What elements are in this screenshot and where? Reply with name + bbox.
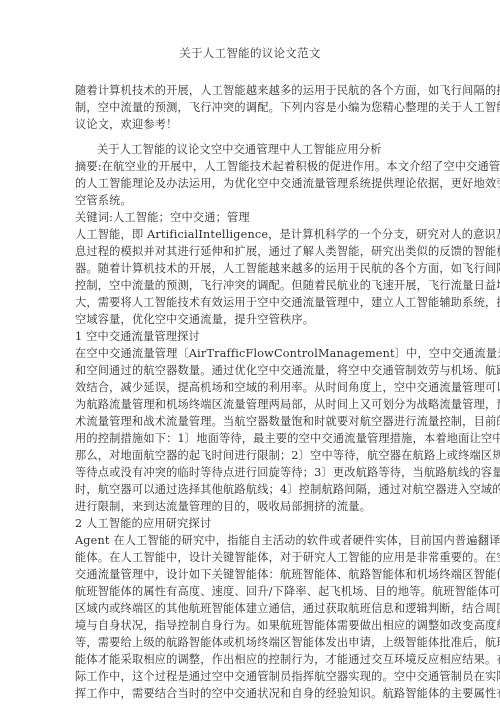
text-line: 议论文，欢迎参考！: [75, 116, 427, 133]
document-page: 关于人工智能的议论文范文 随着计算机技术的开展，人工智能越来越多的运用于民航的各…: [0, 0, 500, 707]
article-title: 关于人工智能的议论文空中交通管理中人工智能应用分析: [75, 141, 427, 158]
keywords-line: 关键词:人工智能；空中交通；管理: [75, 209, 427, 226]
section-heading-2: 2 人工智能的应用研究探讨: [75, 515, 427, 532]
text-line: 际工作中，这个过程是通过空中交通管制员指挥航空器实现的。空中交通管制员在实际指: [75, 668, 427, 685]
abstract-line: 的人工智能理论及办法运用，为优化空中交通流量管理系统提供理论依据，更好地效劳于: [75, 175, 427, 192]
text-line: Agent 在人工智能的研究中，指能自主活动的软件或者硬件实体，目前国内普遍翻译…: [75, 532, 427, 549]
text-line: 空域容量，优化空中交通流量，提升空管秩序。: [75, 311, 427, 328]
text-line: 那么，对地面航空器的起飞时间进行限制；2〕空中等待，航空器在航路上或终端区规定的: [75, 447, 427, 464]
text-line: 随着计算机技术的开展，人工智能越来越多的运用于民航的各个方面，如飞行间隔的控: [75, 82, 427, 99]
article-body: 关于人工智能的议论文空中交通管理中人工智能应用分析 摘要:在航空业的开展中，人工…: [75, 141, 427, 702]
text-line: 息过程的模拟并对其进行延伸和扩展，通过了解人类智能，研究出类似的反馈的智能机: [75, 243, 427, 260]
text-line: 能体。在人工智能中，设计关键智能体，对于研究人工智能的应用是非常重要的。在空中: [75, 549, 427, 566]
text-line: 效结合，减少延误，提高机场和空域的利用率。从时间角度上，空中交通流量管理可以分: [75, 379, 427, 396]
text-line: 交通流量管理中，设计如下关键智能体：航班智能体、航路智能体和机场终端区智能体。: [75, 566, 427, 583]
text-line: 控制，空中流量的预测，飞行冲突的调配。但随着民航业的飞速开展，飞行流量日益增: [75, 277, 427, 294]
text-line: 航班智能体的属性有高度、速度、回升/下降率、起飞机场、目的地等。航班智能体可以与: [75, 583, 427, 600]
text-line: 器。随着计算机技术的开展，人工智能越来越多的运用于民航的各个方面，如飞行间隔的: [75, 260, 427, 277]
section-heading-1: 1 空中交通流量管理探讨: [75, 328, 427, 345]
text-line: 制，空中流量的预测，飞行冲突的调配。下列内容是小编为您精心整理的关于人工智能的: [75, 99, 427, 116]
text-line: 区域内或终端区的其他航班智能体建立通信，通过获取航班信息和逻辑判断，结合周围环: [75, 600, 427, 617]
text-line: 和空间通过的航空器数量。通过优化空中交通流量，将空中交通管制效劳与机场、航路有: [75, 362, 427, 379]
text-line: 等待点或没有冲突的临时等待点进行回旋等待；3〕更改航路等待，当航路航线的容量饱和: [75, 464, 427, 481]
intro-paragraph: 随着计算机技术的开展，人工智能越来越多的运用于民航的各个方面，如飞行间隔的控 制…: [75, 82, 427, 133]
text-line: 在空中交通流量管理〔AirTrafficFlowControlManagemen…: [75, 345, 427, 362]
text-line: 时，航空器可以通过选择其他航路航线；4〕控制航路间隔，通过对航空器进入空域的间隔: [75, 481, 427, 498]
text-line: 等，需要给上级的航路智能体或机场终端区智能体发出申请，上级智能体批准后，航班智: [75, 634, 427, 651]
text-line: 用的控制措施如下：1〕地面等待，最主要的空中交通流量管理措施，本着地面让空中的原: [75, 430, 427, 447]
text-line: 境与自身状况，指导控制自身行为。如果航班智能体需要做出相应的调整如改变高度航向: [75, 617, 427, 634]
text-line: 挥工作中，需要结合当时的空中交通状况和自身的经验知识。航路智能体的主要属性有航: [75, 685, 427, 702]
text-line: 进行限制，来到达流量管理的目的，吸收局部拥挤的流量。: [75, 498, 427, 515]
abstract-line: 摘要:在航空业的开展中，人工智能技术起着积极的促进作用。本文介绍了空中交通管理中: [75, 158, 427, 175]
text-line: 大，需要将人工智能技术有效运用于空中交通流量管理中，建立人工智能辅助系统，扩大: [75, 294, 427, 311]
text-line: 术流量管理和战术流量管理。当航空器数量饱和时就要对航空器进行流量控制，目前的常: [75, 413, 427, 430]
abstract-line: 空管系统。: [75, 192, 427, 209]
document-title: 关于人工智能的议论文范文: [0, 45, 500, 61]
text-line: 人工智能，即 ArtificialIntelligence，是计算机科学的一个分…: [75, 226, 427, 243]
text-line: 为航路流量管理和机场终端区流量管理两局部，从时间上又可划分为战略流量管理，预战: [75, 396, 427, 413]
text-line: 能体才能采取相应的调整，作出相应的控制行为，才能通过交互环境反应相应结果。在实: [75, 651, 427, 668]
